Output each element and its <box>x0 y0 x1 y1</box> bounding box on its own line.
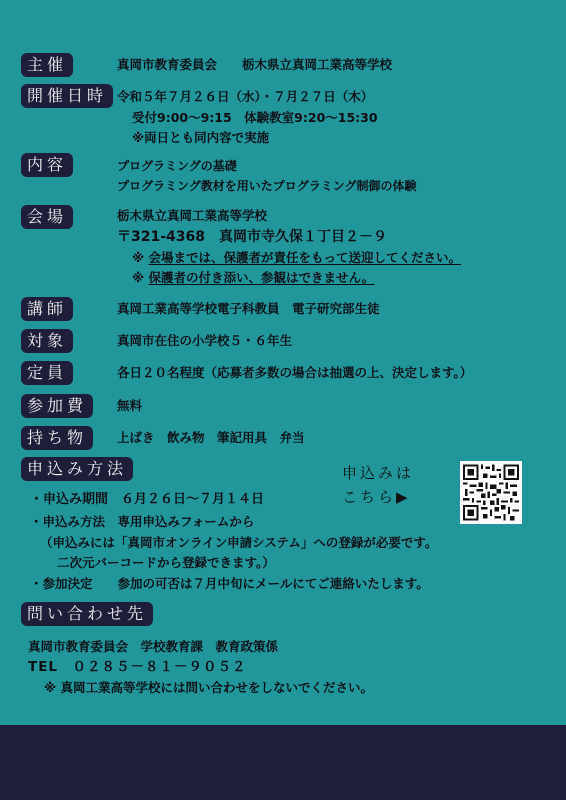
qr-note-line-1: 申込みは <box>342 462 414 483</box>
label-datetime: 開催日時 <box>21 84 113 108</box>
label-target: 対象 <box>21 329 73 353</box>
qr-code-graphic <box>463 464 519 521</box>
note-mark: ※ <box>132 250 144 265</box>
application-line-1: ・申込み期間 ６月２６日～７月１４日 <box>30 492 264 508</box>
venue-note-2-text: 保護者の付き添い、参観はできません。 <box>149 270 375 285</box>
label-contact: 問い合わせ先 <box>21 602 153 626</box>
contact-line-2: TEL ０２８５－８１－９０５２ <box>28 659 247 675</box>
venue-line-1: 栃木県立真岡工業高等学校 <box>117 208 267 224</box>
venue-note-1: ※ 会場までは、保護者が責任をもって送迎してください。 <box>132 250 461 266</box>
footer-band <box>0 725 566 800</box>
datetime-line-2: 受付9:00～9:15 体験教室9:20～15:30 <box>132 110 378 126</box>
label-fee: 参加費 <box>21 394 93 418</box>
contact-line-1: 真岡市教育委員会 学校教育課 教育政策係 <box>28 639 278 655</box>
capacity-value: 各日２０名程度（応募者多数の場合は抽選の上、決定します。） <box>117 365 472 381</box>
qr-note-line-2: こちら▶ <box>342 486 411 507</box>
organizer-value: 真岡市教育委員会 栃木県立真岡工業高等学校 <box>117 57 392 73</box>
application-line-2: ・申込み方法 専用申込みフォームから <box>30 514 254 530</box>
content-line-2: プログラミング教材を用いたプログラミング制御の体験 <box>117 178 417 194</box>
belongings-value: 上ばき 飲み物 筆記用具 弁当 <box>117 430 305 446</box>
instructor-value: 真岡工業高等学校電子科教員 電子研究部生徒 <box>117 301 380 317</box>
note-mark: ※ <box>132 270 144 285</box>
venue-note-1-text: 会場までは、保護者が責任をもって送迎してください。 <box>149 250 462 265</box>
label-instructor: 講師 <box>21 297 73 321</box>
application-line-5: ・参加決定 参加の可否は７月中旬にメールにてご連絡いたします。 <box>30 576 429 592</box>
label-organizer: 主催 <box>21 53 73 77</box>
content-line-1: プログラミングの基礎 <box>117 158 237 174</box>
datetime-line-1: 令和５年７月２６日（水）・７月２７日（木） <box>117 89 373 105</box>
venue-note-2: ※ 保護者の付き添い、参観はできません。 <box>132 270 374 286</box>
qr-code-icon[interactable] <box>460 461 522 524</box>
label-belongings: 持ち物 <box>21 426 93 450</box>
target-value: 真岡市在住の小学校５・６年生 <box>117 333 292 349</box>
application-line-3: （申込みには「真岡市オンライン申請システム」への登録が必要です。 <box>40 535 437 551</box>
label-capacity: 定員 <box>21 361 73 385</box>
venue-line-2: 〒321-4368 真岡市寺久保１丁目２－９ <box>117 229 387 245</box>
contact-line-3: ※ 真岡工業高等学校には問い合わせをしないでください。 <box>44 680 373 696</box>
label-application: 申込み方法 <box>21 457 133 481</box>
label-content: 内容 <box>21 153 73 177</box>
fee-value: 無料 <box>117 398 142 414</box>
datetime-line-3: ※両日とも同内容で実施 <box>132 130 269 146</box>
label-venue: 会場 <box>21 205 73 229</box>
application-line-4: 二次元バーコードから登録できます。） <box>57 555 275 571</box>
